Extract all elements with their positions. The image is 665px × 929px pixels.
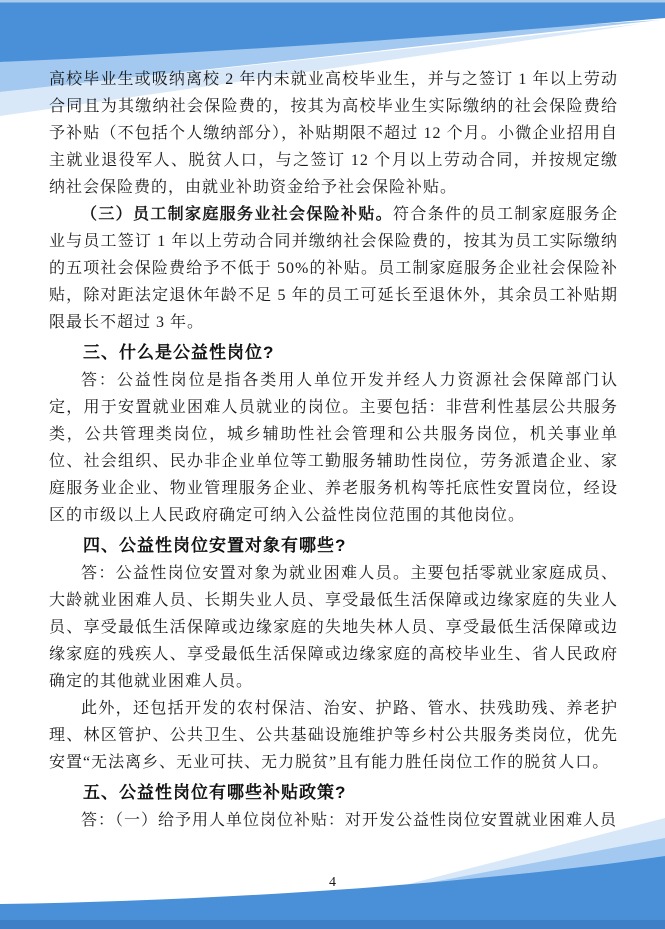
paragraph-body-text: 符合条件的员工制家庭服务企业与员工签订 1 年以上劳动合同并缴纳社会保险费的，按… bbox=[49, 206, 618, 331]
section-heading-q3: 三、什么是公益性岗位? bbox=[49, 339, 618, 366]
paragraph-social-insurance-subsidy: 高校毕业生或吸纳离校 2 年内未就业高校毕业生，并与之签订 1 年以上劳动合同且… bbox=[49, 66, 618, 201]
top-edge-line bbox=[0, 0, 665, 3]
paragraph-answer-q3: 答：公益性岗位是指各类用人单位开发并经人力资源社会保障部门认定，用于安置就业困难… bbox=[49, 367, 618, 529]
paragraph-household-service-subsidy: （三）员工制家庭服务业社会保险补贴。符合条件的员工制家庭服务企业与员工签订 1 … bbox=[49, 201, 618, 336]
bottom-wave-decoration bbox=[0, 784, 665, 929]
section-heading-q4: 四、公益性岗位安置对象有哪些? bbox=[49, 532, 618, 559]
paragraph-answer-q4-additional: 此外，还包括开发的农村保洁、治安、护路、管水、扶残助残、养老护理、林区管护、公共… bbox=[49, 695, 618, 776]
page-content: 高校毕业生或吸纳离校 2 年内未就业高校毕业生，并与之签订 1 年以上劳动合同且… bbox=[49, 66, 618, 834]
bottom-edge-line bbox=[0, 920, 665, 929]
paragraph-answer-q4: 答：公益性岗位安置对象为就业困难人员。主要包括零就业家庭成员、大龄就业困难人员、… bbox=[49, 560, 618, 695]
paragraph-lead-bold: （三）员工制家庭服务业社会保险补贴。 bbox=[81, 206, 393, 223]
document-page: 高校毕业生或吸纳离校 2 年内未就业高校毕业生，并与之签订 1 年以上劳动合同且… bbox=[0, 0, 665, 929]
